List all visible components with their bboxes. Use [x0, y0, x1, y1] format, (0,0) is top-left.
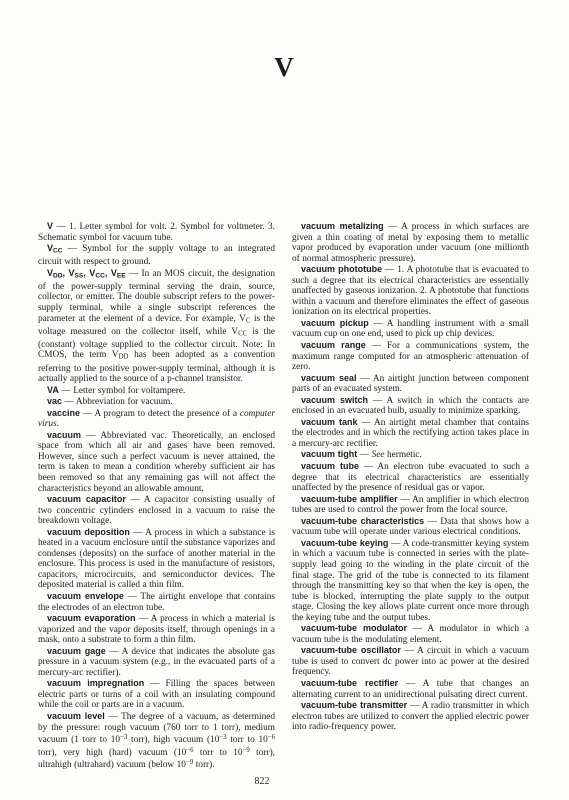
dictionary-entry: vacuum-tube amplifier — An amplifier in … — [292, 494, 529, 516]
dictionary-entry: vacuum switch — A switch in which the co… — [292, 395, 529, 417]
entry-term: vacuum impregnation — [47, 678, 144, 688]
entry-term: vacuum tube — [301, 461, 359, 471]
entry-text: — Abbreviated vac. Theoretically, an enc… — [38, 431, 275, 494]
text-columns: V — 1. Letter symbol for volt. 2. Symbol… — [38, 221, 530, 771]
entry-term: vacuum-tube oscillator — [301, 645, 401, 655]
entry-term: vacuum switch — [301, 395, 368, 405]
dictionary-entry: vacuum-tube characteristics — Data that … — [292, 516, 529, 538]
entry-term: vacuum evaporation — [47, 613, 135, 623]
dictionary-entry: vacuum evaporation — A process in which … — [38, 613, 275, 646]
entry-text: EE — [117, 272, 126, 279]
entry-text: — Letter symbol for voltampere. — [59, 386, 185, 396]
column-right: vacuum metalizing — A process in which s… — [292, 221, 529, 771]
entry-text: CC — [95, 272, 105, 279]
page-number: 822 — [0, 776, 524, 787]
entry-text: SS — [75, 272, 84, 279]
dictionary-entry: vacuum seal — An airtight junction betwe… — [292, 373, 529, 395]
entry-text: hermetic. — [384, 450, 421, 460]
entry-term: vacuum seal — [301, 373, 357, 383]
entry-term: , V — [63, 268, 75, 278]
entry-text: torr to 10 — [194, 748, 243, 758]
entry-text: −9 — [243, 747, 250, 754]
entry-term: vacuum-tube keying — [301, 538, 388, 548]
dictionary-entry: vacuum metalizing — A process in which s… — [292, 221, 529, 264]
entry-text: torr), very high (hard) vacuum (10 — [38, 748, 186, 758]
dictionary-entry: vacuum-tube oscillator — A circuit in wh… — [292, 645, 529, 678]
entry-text: — Symbol for the supply voltage to an in… — [38, 244, 275, 267]
entry-text: torr). — [193, 760, 214, 770]
entry-text: See — [372, 450, 385, 460]
entry-term: vacuum tank — [301, 417, 358, 427]
entry-text: — A program to detect the presence of a — [80, 409, 240, 419]
dictionary-entry: vac — Abbreviation for vacuum. — [38, 396, 275, 408]
entry-term: vacuum-tube amplifier — [301, 494, 398, 504]
dictionary-entry: vacuum-tube keying — A code-transmitter … — [292, 538, 529, 623]
entry-term: , V — [83, 268, 95, 278]
dictionary-entry: V — 1. Letter symbol for volt. 2. Symbol… — [38, 221, 275, 243]
entry-term: vaccine — [47, 408, 80, 418]
entry-term: vacuum-tube modulator — [301, 623, 407, 633]
dictionary-entry: vacuum-tube transmitter — A radio transm… — [292, 700, 529, 733]
entry-term: vacuum deposition — [47, 527, 130, 537]
entry-text: — 1. Letter symbol for volt. 2. Symbol f… — [38, 222, 275, 243]
dictionary-page: V V — 1. Letter symbol for volt. 2. Symb… — [0, 0, 569, 800]
entry-term: VA — [47, 385, 59, 395]
dictionary-entry: vacuum-tube rectifier — A tube that chan… — [292, 678, 529, 700]
entry-text: DD — [119, 354, 129, 361]
entry-text: torr to 10 — [227, 735, 268, 745]
entry-text: −6 — [268, 734, 275, 741]
dictionary-entry: vacuum pickup — A handling instrument wi… — [292, 318, 529, 340]
entry-term: vacuum tight — [301, 449, 357, 459]
entry-text: — — [357, 450, 371, 460]
dictionary-entry: vacuum tank — An airtight metal chamber … — [292, 417, 529, 450]
column-left: V — 1. Letter symbol for volt. 2. Symbol… — [38, 221, 275, 771]
entry-term: vacuum-tube transmitter — [301, 700, 407, 710]
entry-text: torr), high vacuum (10 — [127, 735, 219, 745]
entry-text: −3 — [219, 734, 226, 741]
entry-term: vacuum metalizing — [301, 221, 384, 231]
entry-term: vacuum level — [47, 711, 105, 721]
dictionary-entry: vacuum range — For a communications syst… — [292, 340, 529, 373]
entry-term: vacuum pickup — [301, 318, 369, 328]
entry-term: vacuum — [47, 430, 81, 440]
entry-text: — A process in which a substance is heat… — [38, 528, 275, 591]
entry-term: , V — [105, 268, 117, 278]
entry-text: −6 — [186, 747, 193, 754]
entry-term: vacuum phototube — [301, 264, 382, 274]
entry-term: vacuum range — [301, 340, 366, 350]
dictionary-entry: VCC — Symbol for the supply voltage to a… — [38, 243, 275, 268]
entry-text: CC — [238, 330, 247, 337]
entry-text: DD — [53, 272, 63, 279]
entry-term: vacuum capacitor — [47, 494, 126, 504]
entry-term: vacuum envelope — [47, 591, 124, 601]
dictionary-entry: VDD, VSS, VCC, VEE — In an MOS circuit, … — [38, 268, 275, 385]
dictionary-entry: vacuum tube — An electron tube evacuated… — [292, 461, 529, 494]
section-letter-heading: V — [0, 52, 569, 83]
dictionary-entry: VA — Letter symbol for voltampere. — [38, 385, 275, 397]
dictionary-entry: vacuum — Abbreviated vac. Theoretically,… — [38, 430, 275, 494]
entry-term: vac — [47, 396, 62, 406]
entry-term: vacuum gage — [47, 646, 106, 656]
dictionary-entry: vacuum impregnation — Filling the spaces… — [38, 678, 275, 711]
dictionary-entry: vacuum tight — See hermetic. — [292, 449, 529, 461]
dictionary-entry: vacuum-tube modulator — A modulator in w… — [292, 623, 529, 645]
entry-term: vacuum-tube characteristics — [301, 516, 424, 526]
entry-term: vacuum-tube rectifier — [301, 678, 398, 688]
entry-text: . — [57, 419, 59, 429]
dictionary-entry: vacuum level — The degree of a vacuum, a… — [38, 711, 275, 771]
entry-text: — A code-transmitter keying system in wh… — [292, 539, 529, 623]
dictionary-entry: vacuum envelope — The airtight envelope … — [38, 591, 275, 613]
dictionary-entry: vacuum phototube — 1. A phototube that i… — [292, 264, 529, 318]
dictionary-entry: vacuum capacitor — A capacitor consistin… — [38, 494, 275, 527]
dictionary-entry: vacuum gage — A device that indicates th… — [38, 646, 275, 679]
dictionary-entry: vaccine — A program to detect the presen… — [38, 408, 275, 430]
dictionary-entry: vacuum deposition — A process in which a… — [38, 527, 275, 591]
entry-text: — Abbreviation for vacuum. — [62, 397, 173, 407]
entry-text: CC — [53, 248, 63, 255]
